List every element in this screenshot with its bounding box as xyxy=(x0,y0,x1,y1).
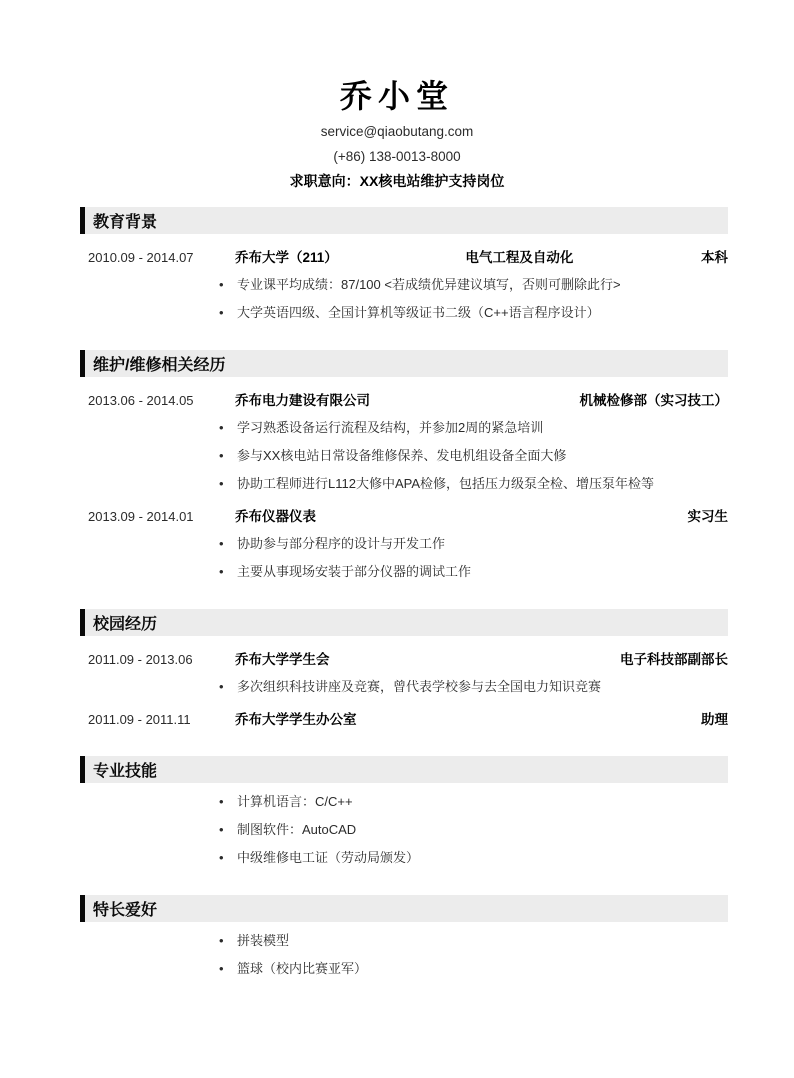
entry-date: 2013.06 - 2014.05 xyxy=(88,393,235,408)
bullet-text: 中级维修电工证（劳动局颁发） xyxy=(237,849,728,867)
bullet-marker: • xyxy=(219,276,237,294)
entry-date: 2011.09 - 2011.11 xyxy=(88,712,235,727)
bullet-text: 学习熟悉设备运行流程及结构，并参加2周的紧急培训 xyxy=(237,419,728,437)
bullet-text: 协助参与部分程序的设计与开发工作 xyxy=(237,535,728,553)
section-title: 教育背景 xyxy=(93,209,157,232)
entry-org: 乔布仪器仪表 xyxy=(235,505,316,525)
bullet-marker: • xyxy=(219,793,237,811)
resume-header: 乔小堂 service@qiaobutang.com (+86) 138-001… xyxy=(0,0,794,191)
entry-columns: 乔布大学（211） 电气工程及自动化 本科 xyxy=(235,246,728,266)
bullet-item: • 大学英语四级、全国计算机等级证书二级（C++语言程序设计） xyxy=(219,304,728,322)
section: 教育背景 2010.09 - 2014.07 乔布大学（211） 电气工程及自动… xyxy=(80,207,728,322)
entry-row: 2013.09 - 2014.01 乔布仪器仪表 实习生 xyxy=(80,505,728,525)
bullet-marker: • xyxy=(219,678,237,696)
bullet-text: 计算机语言：C/C++ xyxy=(237,793,728,811)
bullet-item: • 主要从事现场安装于部分仪器的调试工作 xyxy=(219,563,728,581)
entry-row: 2010.09 - 2014.07 乔布大学（211） 电气工程及自动化 本科 xyxy=(80,246,728,266)
bullet-text: 协助工程师进行L112大修中APA检修，包括压力级泵全检、增压泵年检等 xyxy=(237,475,728,493)
section-body: • 计算机语言：C/C++ • 制图软件：AutoCAD • 中级维修电工证（劳… xyxy=(80,793,728,867)
entry-position: 助理 xyxy=(701,708,728,728)
bullet-marker: • xyxy=(219,821,237,839)
bullet-list: • 计算机语言：C/C++ • 制图软件：AutoCAD • 中级维修电工证（劳… xyxy=(219,793,728,867)
bullet-marker: • xyxy=(219,960,237,978)
bullet-item: • 中级维修电工证（劳动局颁发） xyxy=(219,849,728,867)
entry-columns: 乔布大学学生会 电子科技部副部长 xyxy=(235,648,728,668)
entry-row: 2011.09 - 2013.06 乔布大学学生会 电子科技部副部长 xyxy=(80,648,728,668)
entry: 2010.09 - 2014.07 乔布大学（211） 电气工程及自动化 本科 … xyxy=(80,246,728,322)
entry: • 计算机语言：C/C++ • 制图软件：AutoCAD • 中级维修电工证（劳… xyxy=(80,793,728,867)
sections: 教育背景 2010.09 - 2014.07 乔布大学（211） 电气工程及自动… xyxy=(80,207,728,978)
bullet-marker: • xyxy=(219,535,237,553)
entry-position: 电子科技部副部长 xyxy=(620,648,728,668)
bullet-item: • 制图软件：AutoCAD xyxy=(219,821,728,839)
section-header: 维护/维修相关经历 xyxy=(80,350,728,377)
bullet-list: • 专业课平均成绩：87/100 <若成绩优异建议填写，否则可删除此行> • 大… xyxy=(219,276,728,322)
bullet-text: 篮球（校内比赛亚军） xyxy=(237,960,728,978)
section-body: 2011.09 - 2013.06 乔布大学学生会 电子科技部副部长 • 多次组… xyxy=(80,648,728,728)
section: 专业技能 • 计算机语言：C/C++ • 制图软件：AutoCAD • 中级维修… xyxy=(80,756,728,867)
bullet-item: • 拼装模型 xyxy=(219,932,728,950)
section-body: • 拼装模型 • 篮球（校内比赛亚军） xyxy=(80,932,728,978)
entry: 2013.09 - 2014.01 乔布仪器仪表 实习生 • 协助参与部分程序的… xyxy=(80,505,728,581)
entry: • 拼装模型 • 篮球（校内比赛亚军） xyxy=(80,932,728,978)
bullet-text: 多次组织科技讲座及竞赛，曾代表学校参与去全国电力知识竞赛 xyxy=(237,678,728,696)
bullet-item: • 篮球（校内比赛亚军） xyxy=(219,960,728,978)
bullet-item: • 参与XX核电站日常设备维修保养、发电机组设备全面大修 xyxy=(219,447,728,465)
resume-page: 乔小堂 service@qiaobutang.com (+86) 138-001… xyxy=(0,0,794,1078)
bullet-item: • 多次组织科技讲座及竞赛，曾代表学校参与去全国电力知识竞赛 xyxy=(219,678,728,696)
bullet-marker: • xyxy=(219,447,237,465)
bullet-text: 制图软件：AutoCAD xyxy=(237,821,728,839)
bullet-item: • 学习熟悉设备运行流程及结构，并参加2周的紧急培训 xyxy=(219,419,728,437)
entry-position: 实习生 xyxy=(688,505,729,525)
bullet-list: • 学习熟悉设备运行流程及结构，并参加2周的紧急培训 • 参与XX核电站日常设备… xyxy=(219,419,728,493)
entry-date: 2011.09 - 2013.06 xyxy=(88,652,235,667)
section-header: 教育背景 xyxy=(80,207,728,234)
entry-date: 2010.09 - 2014.07 xyxy=(88,250,235,265)
candidate-email: service@qiaobutang.com xyxy=(0,122,794,141)
entry-org: 乔布大学学生办公室 xyxy=(235,708,357,728)
entry-org: 乔布电力建设有限公司 xyxy=(235,389,370,409)
section-header: 校园经历 xyxy=(80,609,728,636)
entry: 2011.09 - 2013.06 乔布大学学生会 电子科技部副部长 • 多次组… xyxy=(80,648,728,696)
bullet-list: • 拼装模型 • 篮球（校内比赛亚军） xyxy=(219,932,728,978)
section: 特长爱好 • 拼装模型 • 篮球（校内比赛亚军） xyxy=(80,895,728,978)
bullet-item: • 专业课平均成绩：87/100 <若成绩优异建议填写，否则可删除此行> xyxy=(219,276,728,294)
job-objective: 求职意向：XX核电站维护支持岗位 xyxy=(0,172,794,191)
section-body: 2013.06 - 2014.05 乔布电力建设有限公司 机械检修部（实习技工）… xyxy=(80,389,728,581)
section: 校园经历 2011.09 - 2013.06 乔布大学学生会 电子科技部副部长 … xyxy=(80,609,728,728)
entry-date: 2013.09 - 2014.01 xyxy=(88,509,235,524)
bullet-marker: • xyxy=(219,849,237,867)
bullet-item: • 计算机语言：C/C++ xyxy=(219,793,728,811)
candidate-phone: (+86) 138-0013-8000 xyxy=(0,147,794,166)
section-header: 特长爱好 xyxy=(80,895,728,922)
entry-org: 乔布大学（211） xyxy=(235,246,338,266)
bullet-text: 大学英语四级、全国计算机等级证书二级（C++语言程序设计） xyxy=(237,304,728,322)
section: 维护/维修相关经历 2013.06 - 2014.05 乔布电力建设有限公司 机… xyxy=(80,350,728,581)
section-title: 特长爱好 xyxy=(93,897,157,920)
candidate-name: 乔小堂 xyxy=(0,76,794,116)
section-title: 专业技能 xyxy=(93,758,157,781)
section-header: 专业技能 xyxy=(80,756,728,783)
bullet-text: 拼装模型 xyxy=(237,932,728,950)
bullet-marker: • xyxy=(219,475,237,493)
bullet-text: 参与XX核电站日常设备维修保养、发电机组设备全面大修 xyxy=(237,447,728,465)
entry-position: 机械检修部（实习技工） xyxy=(580,389,729,409)
bullet-list: • 协助参与部分程序的设计与开发工作 • 主要从事现场安装于部分仪器的调试工作 xyxy=(219,535,728,581)
entry-columns: 乔布大学学生办公室 助理 xyxy=(235,708,728,728)
entry-row: 2013.06 - 2014.05 乔布电力建设有限公司 机械检修部（实习技工） xyxy=(80,389,728,409)
entry: 2011.09 - 2011.11 乔布大学学生办公室 助理 xyxy=(80,708,728,728)
entry-row: 2011.09 - 2011.11 乔布大学学生办公室 助理 xyxy=(80,708,728,728)
bullet-list: • 多次组织科技讲座及竞赛，曾代表学校参与去全国电力知识竞赛 xyxy=(219,678,728,696)
bullet-marker: • xyxy=(219,932,237,950)
section-title: 维护/维修相关经历 xyxy=(93,352,225,375)
bullet-item: • 协助工程师进行L112大修中APA检修，包括压力级泵全检、增压泵年检等 xyxy=(219,475,728,493)
bullet-text: 主要从事现场安装于部分仪器的调试工作 xyxy=(237,563,728,581)
entry-position: 本科 xyxy=(701,246,728,266)
entry-columns: 乔布仪器仪表 实习生 xyxy=(235,505,728,525)
bullet-text: 专业课平均成绩：87/100 <若成绩优异建议填写，否则可删除此行> xyxy=(237,276,728,294)
section-body: 2010.09 - 2014.07 乔布大学（211） 电气工程及自动化 本科 … xyxy=(80,246,728,322)
bullet-marker: • xyxy=(219,304,237,322)
entry-columns: 乔布电力建设有限公司 机械检修部（实习技工） xyxy=(235,389,728,409)
bullet-marker: • xyxy=(219,563,237,581)
entry: 2013.06 - 2014.05 乔布电力建设有限公司 机械检修部（实习技工）… xyxy=(80,389,728,493)
section-title: 校园经历 xyxy=(93,611,157,634)
entry-org: 乔布大学学生会 xyxy=(235,648,330,668)
bullet-marker: • xyxy=(219,419,237,437)
bullet-item: • 协助参与部分程序的设计与开发工作 xyxy=(219,535,728,553)
entry-major: 电气工程及自动化 xyxy=(465,246,573,266)
